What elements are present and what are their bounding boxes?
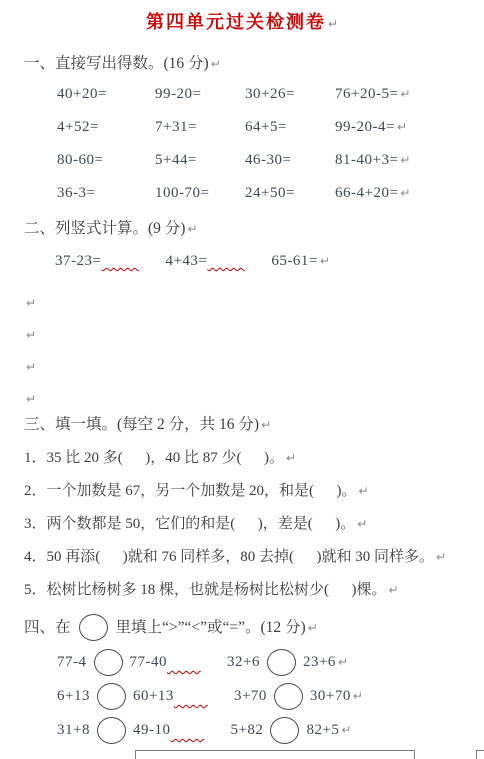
spellcheck-wavy-underline bbox=[174, 690, 234, 707]
compare-expression: 60+13 bbox=[133, 688, 174, 705]
spellcheck-wavy-underline bbox=[167, 656, 227, 673]
compare-circle bbox=[267, 649, 296, 676]
compare-expression: 49-10 bbox=[133, 722, 171, 739]
section-four-heading-prefix: 四、在 bbox=[24, 618, 71, 638]
compare-circle bbox=[97, 683, 126, 710]
paragraph-mark-icon: ↵ bbox=[26, 392, 36, 406]
fill-in-item: 5．松树比杨树多 18 棵，也就是杨树比松树少( )棵。↵ bbox=[24, 580, 484, 600]
calc-problem: 65-61= bbox=[271, 251, 317, 271]
spellcheck-wavy-underline bbox=[170, 724, 230, 741]
comparison-row: 6+13 60+13 3+70 30+70 ↵ bbox=[57, 679, 484, 713]
paragraph-mark-icon: ↵ bbox=[261, 418, 271, 432]
paragraph-mark-icon: ↵ bbox=[308, 618, 318, 638]
section-one-heading-text: 一、直接写出得数。(16 分) bbox=[24, 55, 209, 72]
spellcheck-wavy-underline bbox=[207, 251, 271, 271]
calc-problem: 66-4+20=↵ bbox=[335, 183, 484, 203]
comparison-row: 77-4 77-40 32+6 23+6 ↵ bbox=[57, 645, 484, 679]
partial-table-box bbox=[135, 750, 415, 759]
paragraph-mark-icon: ↵ bbox=[389, 583, 399, 597]
comparison-rows: 77-4 77-40 32+6 23+6 ↵ 6+13 60+13 3+70 3… bbox=[0, 645, 484, 747]
fill-in-item: 2．一个加数是 67，另一个加数是 20，和是( )。↵ bbox=[24, 481, 484, 501]
calc-problem: 99-20= bbox=[155, 84, 245, 104]
fill-in-item: 4．50 再添( )就和 76 同样多，80 去掉( )就和 30 同样多。↵ bbox=[24, 547, 484, 567]
compare-expression: 82+5 bbox=[306, 722, 339, 739]
empty-paragraphs-block: ↵ ↵ ↵ ↵ bbox=[0, 287, 484, 415]
page-title: 第四单元过关检测卷 bbox=[146, 12, 326, 32]
paragraph-mark-icon: ↵ bbox=[436, 550, 446, 564]
paragraph-mark-icon: ↵ bbox=[187, 222, 197, 236]
paragraph-mark-icon: ↵ bbox=[341, 723, 351, 737]
calc-problem: 64+5= bbox=[245, 117, 335, 137]
compare-expression: 77-4 bbox=[57, 654, 87, 671]
section-three-heading-text: 三、填一填。(每空 2 分，共 16 分) bbox=[24, 416, 259, 433]
paragraph-mark-icon: ↵ bbox=[400, 153, 410, 167]
section-two-heading-text: 二、列竖式计算。(9 分) bbox=[24, 220, 185, 237]
section-three-heading: 三、填一填。(每空 2 分，共 16 分)↵ bbox=[24, 415, 484, 435]
paragraph-mark-icon: ↵ bbox=[211, 57, 221, 71]
paragraph-mark-icon: ↵ bbox=[353, 689, 363, 703]
empty-paragraph: ↵ bbox=[24, 287, 484, 319]
calc-problem: 36-3= bbox=[57, 183, 155, 203]
compare-expression: 6+13 bbox=[57, 688, 90, 705]
fill-in-item: 1．35 比 20 多( )，40 比 87 少( )。↵ bbox=[24, 448, 484, 468]
calc-problem: 100-70= bbox=[155, 183, 245, 203]
calc-problem: 76+20-5=↵ bbox=[335, 84, 484, 104]
paragraph-mark-icon: ↵ bbox=[328, 17, 338, 31]
calc-problem: 4+52= bbox=[57, 117, 155, 137]
paragraph-mark-icon: ↵ bbox=[357, 517, 367, 531]
compare-expression: 77-40 bbox=[130, 654, 168, 671]
fill-in-item-text: 4．50 再添( )就和 76 同样多，80 去掉( )就和 30 同样多。 bbox=[24, 549, 434, 565]
compare-circle-icon bbox=[79, 614, 108, 641]
partial-table-box-fragment bbox=[476, 750, 484, 759]
compare-expression: 23+6 bbox=[303, 654, 336, 671]
compare-expression: 30+70 bbox=[310, 688, 351, 705]
paragraph-mark-icon: ↵ bbox=[320, 251, 330, 271]
paragraph-mark-icon: ↵ bbox=[26, 360, 36, 374]
section-four-heading: 四、在 里填上“>”“<”或“=”。(12 分) ↵ bbox=[24, 614, 484, 641]
paragraph-mark-icon: ↵ bbox=[397, 120, 407, 134]
paragraph-mark-icon: ↵ bbox=[338, 655, 348, 669]
paragraph-mark-icon: ↵ bbox=[359, 484, 369, 498]
compare-expression: 5+82 bbox=[230, 722, 263, 739]
compare-circle bbox=[94, 649, 123, 676]
calc-problem: 99-20-4=↵ bbox=[335, 117, 484, 137]
compare-expression: 32+6 bbox=[227, 654, 260, 671]
calc-problem: 37-23= bbox=[55, 251, 101, 271]
paragraph-mark-icon: ↵ bbox=[286, 451, 296, 465]
section-one-heading: 一、直接写出得数。(16 分)↵ bbox=[24, 54, 484, 74]
calc-problem: 30+26= bbox=[245, 84, 335, 104]
paragraph-mark-icon: ↵ bbox=[400, 186, 410, 200]
compare-expression: 3+70 bbox=[234, 688, 267, 705]
empty-paragraph: ↵ bbox=[24, 351, 484, 383]
calc-problem: 81-40+3=↵ bbox=[335, 150, 484, 170]
fill-in-item-text: 5．松树比杨树多 18 棵，也就是杨树比松树少( )棵。 bbox=[24, 582, 387, 598]
vertical-calculation-row: 37-23= 4+43= 65-61= ↵ bbox=[55, 251, 484, 271]
spellcheck-wavy-underline bbox=[101, 251, 165, 271]
compare-circle bbox=[274, 683, 303, 710]
compare-expression: 31+8 bbox=[57, 722, 90, 739]
fill-in-item-text: 2．一个加数是 67，另一个加数是 20，和是( )。 bbox=[24, 483, 357, 499]
paragraph-mark-icon: ↵ bbox=[26, 296, 36, 310]
compare-circle bbox=[97, 717, 126, 744]
empty-paragraph: ↵ bbox=[24, 319, 484, 351]
fill-in-item-text: 3．两个数都是 50，它们的和是( )，差是( )。 bbox=[24, 516, 355, 532]
comparison-row: 31+8 49-10 5+82 82+5 ↵ bbox=[57, 713, 484, 747]
document-page: 第四单元过关检测卷↵ 一、直接写出得数。(16 分)↵ 40+20= 99-20… bbox=[0, 0, 484, 759]
paragraph-mark-icon: ↵ bbox=[400, 87, 410, 101]
oral-calculation-grid: 40+20= 99-20= 30+26= 76+20-5=↵ 4+52= 7+3… bbox=[57, 84, 484, 203]
calc-problem: 24+50= bbox=[245, 183, 335, 203]
section-four-heading-suffix: 里填上“>”“<”或“=”。(12 分) bbox=[116, 618, 306, 638]
fill-in-item-text: 1．35 比 20 多( )，40 比 87 少( )。 bbox=[24, 450, 284, 466]
fill-in-item: 3．两个数都是 50，它们的和是( )，差是( )。↵ bbox=[24, 514, 484, 534]
section-two-heading: 二、列竖式计算。(9 分)↵ bbox=[24, 219, 484, 239]
calc-problem: 4+43= bbox=[165, 251, 207, 271]
calc-problem: 80-60= bbox=[57, 150, 155, 170]
empty-paragraph: ↵ bbox=[24, 383, 484, 415]
compare-circle bbox=[270, 717, 299, 744]
calc-problem: 40+20= bbox=[57, 84, 155, 104]
paragraph-mark-icon: ↵ bbox=[26, 328, 36, 342]
calc-problem: 7+31= bbox=[155, 117, 245, 137]
calc-problem: 5+44= bbox=[155, 150, 245, 170]
document-title-row: 第四单元过关检测卷↵ bbox=[0, 0, 484, 36]
calc-problem: 46-30= bbox=[245, 150, 335, 170]
